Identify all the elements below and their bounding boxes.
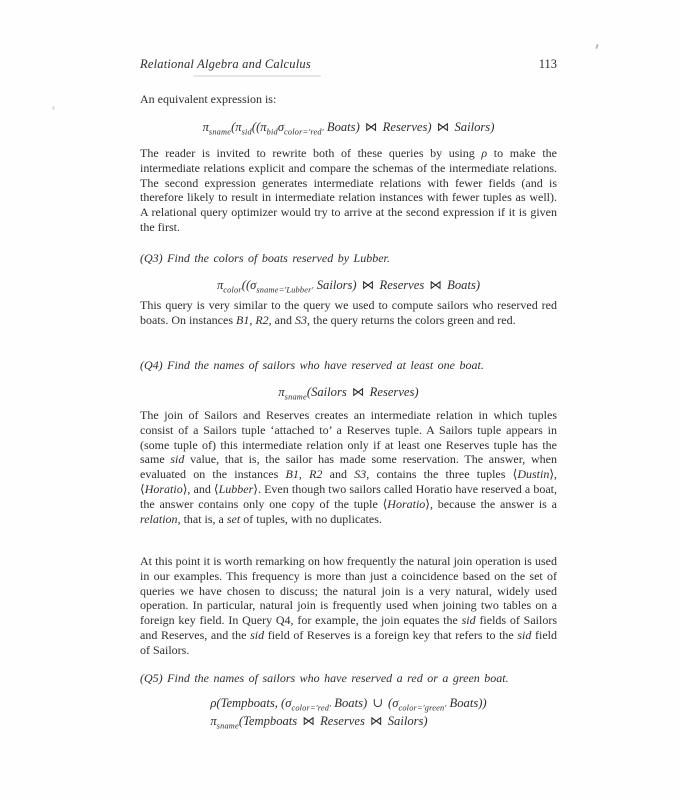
formula-q3: πcolor((σsname=′Lubber′ Sailors) ⋈ Reser… xyxy=(140,276,557,294)
formula-q4: πsname(Sailors ⋈ Reserves) xyxy=(140,383,557,401)
formula-q5-rho: ρ(Tempboats, (σcolor=′red′ Boats) ∪ (σco… xyxy=(210,694,486,712)
formula-equivalent-expression: πsname(πsid((πbidσcolor=′red′ Boats) ⋈ R… xyxy=(140,118,557,136)
paragraph-q3-discussion: This query is very similar to the query … xyxy=(140,298,557,328)
query-q5-heading: (Q5) Find the names of sailors who have … xyxy=(140,671,557,686)
scan-speck-top-right xyxy=(595,44,598,49)
formula-q5-pi: πsname(Tempboats ⋈ Reserves ⋈ Sailors) xyxy=(210,712,486,730)
formula-q5-group: ρ(Tempboats, (σcolor=′red′ Boats) ∪ (σco… xyxy=(140,694,557,730)
paragraph-natural-join: At this point it is worth remarking on h… xyxy=(140,554,557,658)
scanned-book-page: Relational Algebra and Calculus 113 An e… xyxy=(0,0,680,800)
query-q4-heading: (Q4) Find the names of sailors who have … xyxy=(140,358,557,373)
paragraph-q4-discussion: The join of Sailors and Reserves creates… xyxy=(140,408,557,526)
paragraph-rewrite-queries: The reader is invited to rewrite both of… xyxy=(140,146,557,235)
running-header: Relational Algebra and Calculus 113 xyxy=(140,57,557,72)
intro-line: An equivalent expression is: xyxy=(140,92,557,107)
query-q3-heading: (Q3) Find the colors of boats reserved b… xyxy=(140,251,557,266)
scan-smudge xyxy=(193,75,321,77)
chapter-title: Relational Algebra and Calculus xyxy=(140,57,311,72)
scan-speck-left xyxy=(52,106,55,110)
page-number: 113 xyxy=(539,57,557,72)
formula-q5-lines: ρ(Tempboats, (σcolor=′red′ Boats) ∪ (σco… xyxy=(210,694,486,730)
